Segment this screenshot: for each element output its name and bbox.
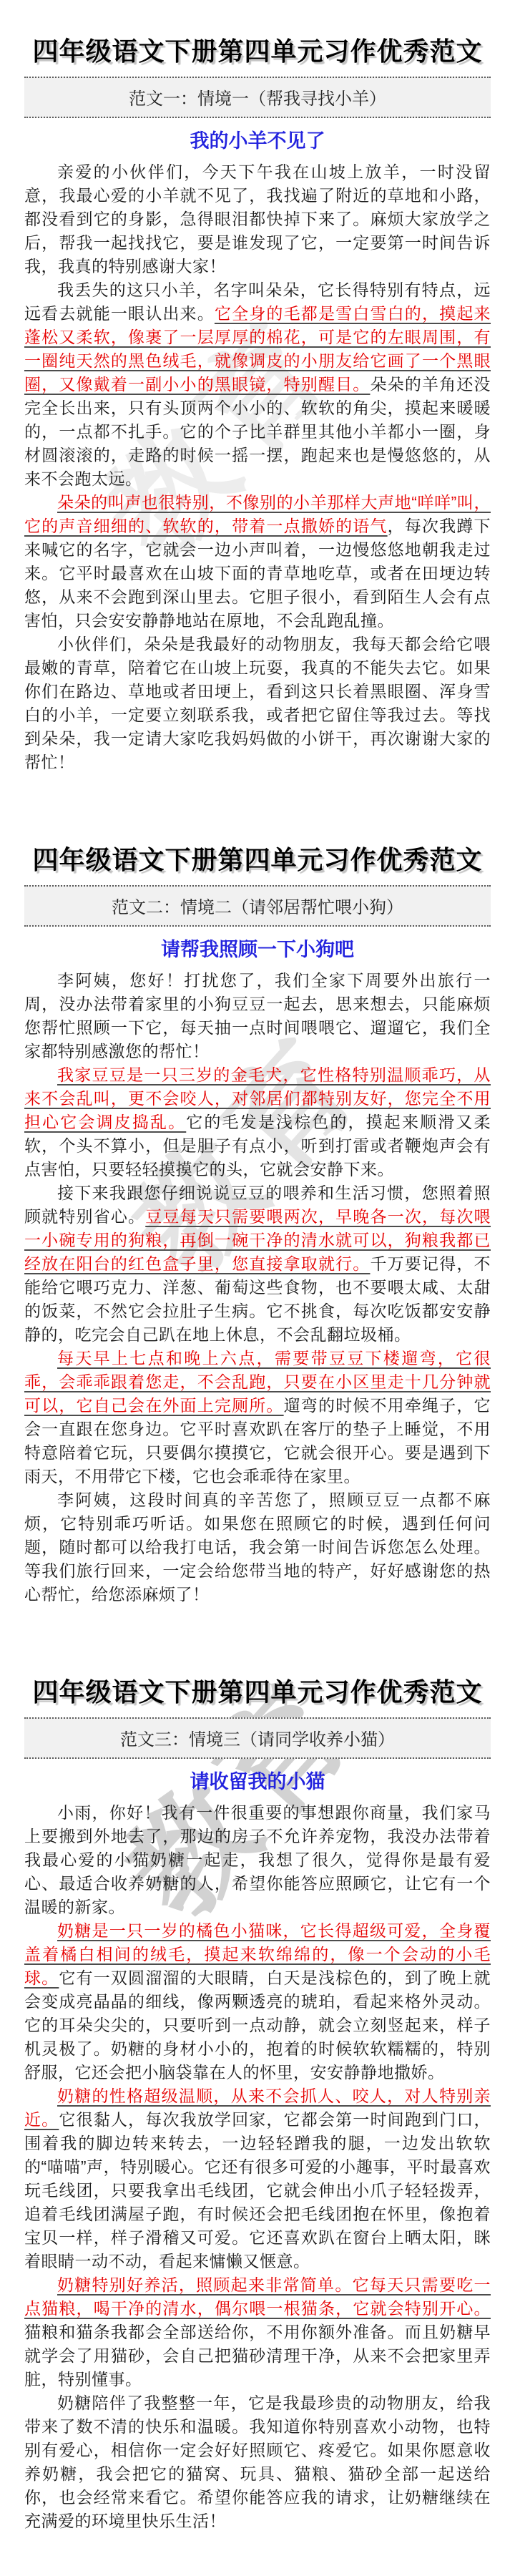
- paragraph: 小伙伴们，朵朵是我最好的动物朋友，我每天都会给它喂最嫩的青草，陪着它在山坡上玩耍…: [24, 633, 491, 774]
- paragraph: 奶糖特别好养活，照顾起来非常简单。它每天只需要吃一点猫粮，喝干净的清水，偶尔喂一…: [24, 2273, 491, 2391]
- paragraph: 奶糖陪伴了我整整一年，它是我最珍贵的动物朋友，给我带来了数不清的快乐和温暖。我知…: [24, 2391, 491, 2533]
- document-page: 教育 教育 教育 四年级语文下册第四单元习作优秀范文 范文一：情境一（帮我寻找小…: [0, 0, 515, 2576]
- document-title: 四年级语文下册第四单元习作优秀范文: [24, 31, 491, 68]
- paragraph: 李阿姨，这段时间真的辛苦您了，照顾豆豆一点都不麻烦，它特别乖巧听话。如果您在照顾…: [24, 1488, 491, 1606]
- essay-section-2: 四年级语文下册第四单元习作优秀范文 范文二：情境二（请邻居帮忙喂小狗） 请帮我照…: [24, 840, 491, 1606]
- text-run: 小雨，你好！我有一件很重要的事想跟你商量，我们家马上要搬到外地去了，那边的房子不…: [24, 1803, 491, 1916]
- essay-title: 请帮我照顾一下小狗吧: [24, 934, 491, 962]
- document-title: 四年级语文下册第四单元习作优秀范文: [24, 1672, 491, 1709]
- paragraph: 我丢失的这只小羊，名字叫朵朵，它长得特别有特点，远远看去就能一眼认出来。它全身的…: [24, 278, 491, 491]
- essay-title: 我的小羊不见了: [24, 125, 491, 153]
- emphasis-text-run: 奶糖特别好养活，照顾起来非常简单。它每天只需要吃一点猫粮，喝干净的清水，偶尔喂一…: [24, 2275, 491, 2318]
- essay-section-1: 四年级语文下册第四单元习作优秀范文 范文一：情境一（帮我寻找小羊） 我的小羊不见…: [24, 31, 491, 774]
- paragraph: 奶糖是一只一岁的橘色小猫咪，它长得超级可爱，全身覆盖着橘白相间的绒毛，摸起来软绵…: [24, 1919, 491, 2084]
- text-run: 李阿姨，您好！打扰您了，我们全家下周要外出旅行一周，没办法带着家里的小狗豆豆一起…: [24, 971, 491, 1060]
- document-title: 四年级语文下册第四单元习作优秀范文: [24, 840, 491, 877]
- essay-title: 请收留我的小猫: [24, 1766, 491, 1794]
- paragraph: 小雨，你好！我有一件很重要的事想跟你商量，我们家马上要搬到外地去了，那边的房子不…: [24, 1801, 491, 1919]
- paragraph: 每天早上七点和晚上六点，需要带豆豆下楼遛弯，它很乖，会乖乖跟着您走，不会乱跑，只…: [24, 1347, 491, 1488]
- text-run: 小伙伴们，朵朵是我最好的动物朋友，我每天都会给它喂最嫩的青草，陪着它在山坡上玩耍…: [24, 635, 491, 771]
- paragraph: 我家豆豆是一只三岁的金毛犬，它性格特别温顺乖巧，从来不会乱叫，更不会咬人，对邻居…: [24, 1063, 491, 1181]
- essay-section-3: 四年级语文下册第四单元习作优秀范文 范文三：情境三（请同学收养小猫） 请收留我的…: [24, 1672, 491, 2533]
- text-run: 猫粮和猫条我都会全部送给你，不用你额外准备。而且奶糖早就学会了用猫砂，会自己把猫…: [24, 2323, 491, 2389]
- text-run: 它很黏人，每次我放学回家，它都会第一时间跑到门口，围着我的脚边转来转去，一边轻轻…: [24, 2110, 491, 2270]
- paragraph: 朵朵的叫声也很特别，不像别的小羊那样大声地“咩咩”叫，它的声音细细的、软软的，带…: [24, 491, 491, 633]
- text-run: 奶糖陪伴了我整整一年，它是我最珍贵的动物朋友，给我带来了数不清的快乐和温暖。我知…: [24, 2394, 491, 2530]
- paragraph: 接下来我跟您仔细说说豆豆的喂养和生活习惯，您照着照顾就特别省心。豆豆每天只需要喂…: [24, 1181, 491, 1347]
- text-run: 亲爱的小伙伴们，今天下午我在山坡上放羊，一时没留意，我最心爱的小羊就不见了，我找…: [24, 162, 491, 275]
- paragraph: 李阿姨，您好！打扰您了，我们全家下周要外出旅行一周，没办法带着家里的小狗豆豆一起…: [24, 969, 491, 1063]
- subtitle-bar: 范文一：情境一（帮我寻找小羊）: [24, 77, 491, 118]
- subtitle-bar: 范文二：情境二（请邻居帮忙喂小狗）: [24, 885, 491, 927]
- paragraph: 亲爱的小伙伴们，今天下午我在山坡上放羊，一时没留意，我最心爱的小羊就不见了，我找…: [24, 160, 491, 278]
- subtitle-bar: 范文三：情境三（请同学收养小猫）: [24, 1717, 491, 1759]
- text-run: 它有一双圆溜溜的大眼睛，白天是浅棕色的，到了晚上就会变成亮晶晶的细线，像两颗透亮…: [24, 1968, 491, 2082]
- paragraph: 奶糖的性格超级温顺，从来不会抓人、咬人，对人特别亲近。它很黏人，每次我放学回家，…: [24, 2084, 491, 2273]
- text-run: 李阿姨，这段时间真的辛苦您了，照顾豆豆一点都不麻烦，它特别乖巧听话。如果您在照顾…: [24, 1491, 491, 1604]
